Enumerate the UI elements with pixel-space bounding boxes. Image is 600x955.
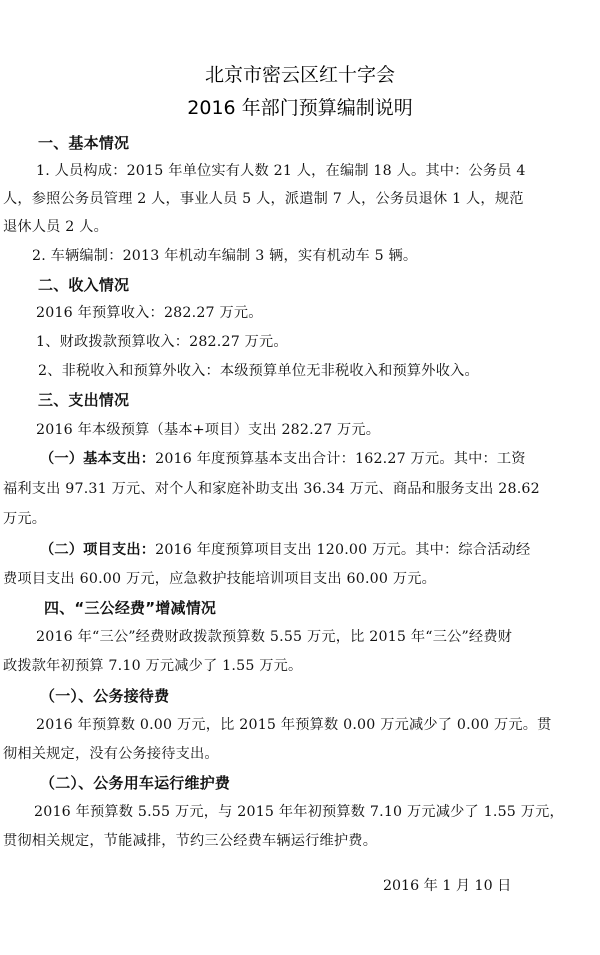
document-date: 2016 年 1 月 10 日 <box>383 875 511 895</box>
paragraph-line: 2016 年预算数 5.55 万元，与 2015 年年初预算数 7.10 万元减… <box>34 802 600 822</box>
paragraph-line: 人，参照公务员管理 2 人，事业人员 5 人，派遣制 7 人，公务员退休 1 人… <box>3 189 600 209</box>
section-heading-basic: 一、基本情况 <box>38 133 600 153</box>
paragraph-line: 2016 年预算收入：282.27 万元。 <box>36 303 600 323</box>
paragraph-line: 2、非税收入和预算外收入：本级预算单位无非税收入和预算外收入。 <box>38 361 600 381</box>
paragraph-line: 贯彻相关规定，节能减排，节约三公经费车辆运行维护费。 <box>3 831 600 851</box>
paragraph-line: 2. 车辆编制：2013 年机动车编制 3 辆，实有机动车 5 辆。 <box>32 246 600 266</box>
project-expenditure-label: （二）项目支出： <box>40 542 155 558</box>
paragraph-line: 万元。 <box>3 509 600 529</box>
basic-expenditure-label: （一）基本支出： <box>40 451 155 467</box>
paragraph-line: 2016 年本级预算（基本+项目）支出 282.27 万元。 <box>36 420 600 440</box>
subsection-heading-vehicle: （二）、公务用车运行维护费 <box>40 773 600 793</box>
paragraph-line: 福利支出 97.31 万元、对个人和家庭补助支出 36.34 万元、商品和服务支… <box>3 479 600 499</box>
paragraph-line: 费项目支出 60.00 万元，应急救护技能培训项目支出 60.00 万元。 <box>3 569 600 589</box>
basic-expenditure-text: 2016 年度预算基本支出合计：162.27 万元。其中：工资 <box>155 451 526 467</box>
paragraph-line: 退休人员 2 人。 <box>3 217 600 237</box>
paragraph-line: 2016 年“三公”经费财政拨款预算数 5.55 万元，比 2015 年“三公”… <box>36 627 600 647</box>
paragraph-line: 政拨款年初预算 7.10 万元减少了 1.55 万元。 <box>3 656 600 676</box>
paragraph-line: 2016 年预算数 0.00 万元，比 2015 年预算数 0.00 万元减少了… <box>36 715 600 735</box>
paragraph-line: （二）项目支出：2016 年度预算项目支出 120.00 万元。其中：综合活动经 <box>40 540 600 560</box>
document-title: 北京市密云区红十字会 <box>0 60 600 87</box>
paragraph-line: 1. 人员构成：2015 年单位实有人数 21 人，在编制 18 人。其中：公务… <box>36 161 600 181</box>
paragraph-line: （一）基本支出：2016 年度预算基本支出合计：162.27 万元。其中：工资 <box>40 449 600 469</box>
project-expenditure-text: 2016 年度预算项目支出 120.00 万元。其中：综合活动经 <box>155 542 530 558</box>
paragraph-line: 彻相关规定，没有公务接待支出。 <box>3 744 600 764</box>
section-heading-expenditure: 三、支出情况 <box>38 390 600 410</box>
document-subtitle: 2016 年部门预算编制说明 <box>0 93 600 120</box>
section-heading-income: 二、收入情况 <box>38 275 600 295</box>
section-heading-three-public: 四、“三公经费”增减情况 <box>44 598 600 618</box>
paragraph-line: 1、财政拨款预算收入：282.27 万元。 <box>36 332 600 352</box>
subsection-heading-reception: （一）、公务接待费 <box>40 686 600 706</box>
